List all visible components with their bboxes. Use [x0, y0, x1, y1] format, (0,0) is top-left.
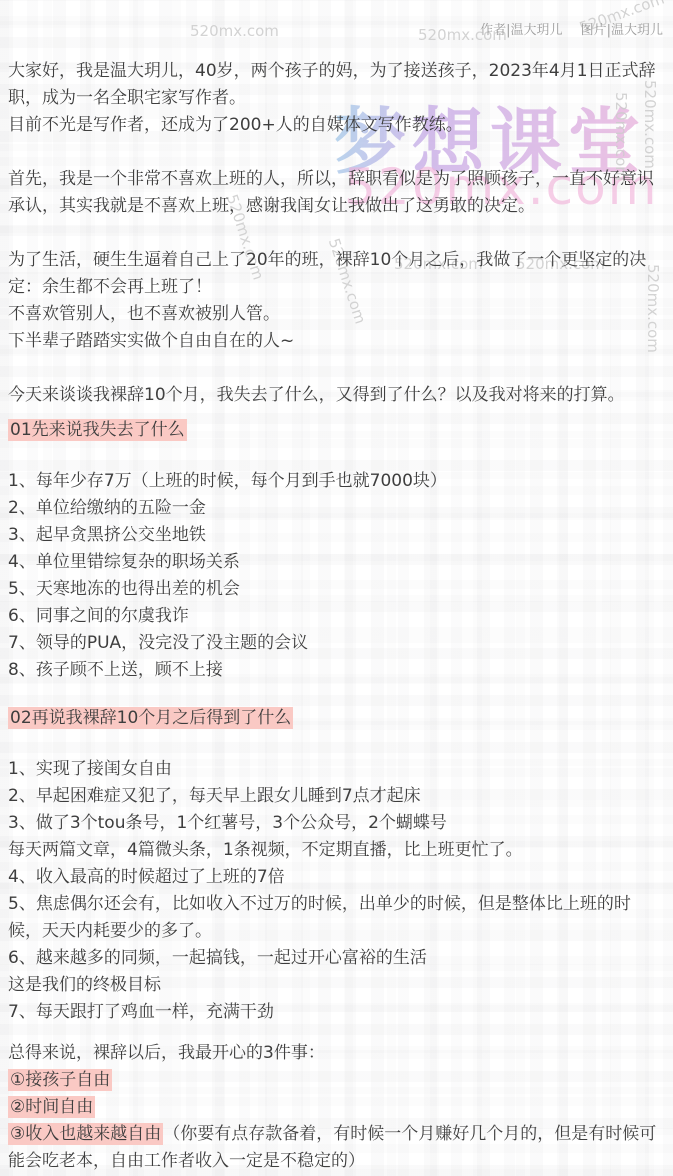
list-item: 7、领导的PUA，没完没了没主题的会议 [8, 630, 663, 657]
spacer [8, 220, 663, 247]
list-item: 1、每年少存7万（上班的时候，每个月到手也就7000块） [8, 468, 663, 495]
list-item: 4、单位里错综复杂的职场关系 [8, 549, 663, 576]
spacer [8, 40, 663, 58]
list-item: 7、每天跟打了鸡血一样，充满干劲 [8, 999, 663, 1026]
spacer [8, 409, 663, 417]
summary-point-3: ③收入也越来越自由 [8, 1123, 163, 1145]
section1-title: 01先来说我失去了什么 [8, 419, 187, 441]
list-item: 1、实现了接闺女自由 [8, 756, 663, 783]
spacer [8, 139, 663, 166]
list-item: 6、越来越多的同频，一起搞钱，一起过开心富裕的生活 [8, 945, 663, 972]
byline: 作者|温大玥儿 图片|温大玥儿 [8, 22, 663, 40]
section2-title: 02再说我裸辞10个月之后得到了什么 [8, 707, 293, 729]
list-item: 5、天寒地冻的也得出差的机会 [8, 576, 663, 603]
spacer [8, 732, 663, 756]
article-content: 作者|温大玥儿 图片|温大玥儿 大家好，我是温大玥儿，40岁，两个孩子的妈，为了… [0, 0, 673, 1175]
summary-point: ②时间自由 [8, 1094, 663, 1121]
list-item: 2、单位给缴纳的五险一金 [8, 495, 663, 522]
paragraph-decision-2: 不喜欢管别人，也不喜欢被别人管。 [8, 301, 663, 328]
paragraph-decision-1: 为了生活，硬生生逼着自己上了20年的班，裸辞10个月之后，我做了一个更坚定的决定… [8, 247, 663, 301]
author-credit: 作者|温大玥儿 [480, 23, 562, 38]
summary-point-2: ②时间自由 [8, 1096, 95, 1118]
list-item: 8、孩子顾不上送，顾不上接 [8, 657, 663, 684]
list-item: 每天两篇文章，4篇微头条，1条视频，不定期直播，比上班更忙了。 [8, 837, 663, 864]
list-item: 3、起早贪黑挤公交坐地铁 [8, 522, 663, 549]
paragraph-topic: 今天来谈谈我裸辞10个月，我失去了什么，又得到了什么？以及我对将来的打算。 [8, 382, 663, 409]
section2-heading: 02再说我裸辞10个月之后得到了什么 [8, 705, 663, 732]
spacer [8, 355, 663, 382]
spacer [8, 684, 663, 705]
paragraph-reason: 首先，我是一个非常不喜欢上班的人，所以，辞职看似是为了照顾孩子，一直不好意识承认… [8, 166, 663, 220]
article-page: 梦想课堂 520mx.com 520mx.com 520mx.com 520mx… [0, 0, 673, 1176]
list-item: 6、同事之间的尔虞我诈 [8, 603, 663, 630]
list-item: 4、收入最高的时候超过了上班的7倍 [8, 864, 663, 891]
summary-point: ①接孩子自由 [8, 1067, 663, 1094]
list-item: 5、焦虑偶尔还会有，比如收入不过万的时候，出单少的时候，但是整体比上班的时候，天… [8, 891, 663, 945]
paragraph-intro-2: 目前不光是写作者，还成为了200+人的自媒体文写作教练。 [8, 112, 663, 139]
paragraph-decision-3: 下半辈子踏踏实实做个自由自在的人~ [8, 328, 663, 355]
summary-lead: 总得来说，裸辞以后，我最开心的3件事： [8, 1040, 663, 1067]
list-item: 这是我们的终极目标 [8, 972, 663, 999]
section1-heading: 01先来说我失去了什么 [8, 417, 663, 444]
list-item: 2、早起困难症又犯了，每天早上跟女儿睡到7点才起床 [8, 783, 663, 810]
photo-credit: 图片|温大玥儿 [581, 23, 663, 38]
spacer [8, 444, 663, 468]
paragraph-intro-1: 大家好，我是温大玥儿，40岁，两个孩子的妈，为了接送孩子，2023年4月1日正式… [8, 58, 663, 112]
summary-point: ③收入也越来越自由（你要有点存款备着，有时候一个月赚好几个月的，但是有时候可能会… [8, 1121, 663, 1175]
summary-point-1: ①接孩子自由 [8, 1069, 112, 1091]
list-item: 3、做了3个tou条号，1个红薯号，3个公众号，2个蝴蝶号 [8, 810, 663, 837]
spacer [8, 1026, 663, 1040]
